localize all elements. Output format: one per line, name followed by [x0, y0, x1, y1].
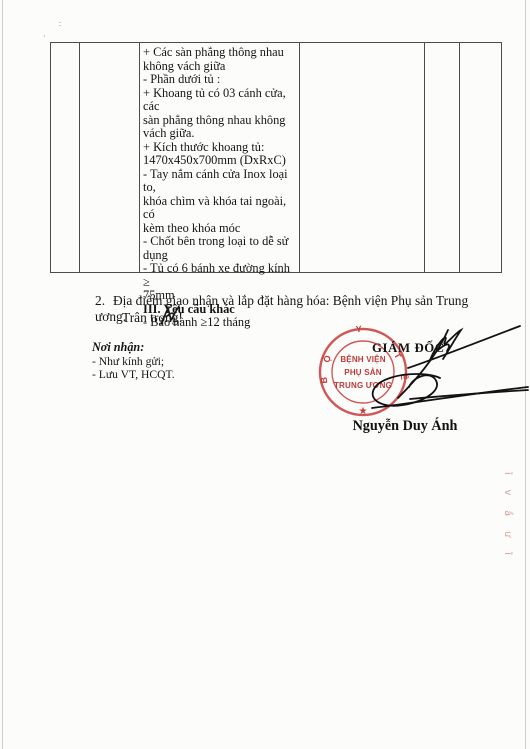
scanned-document-page: : · + Các sàn phẳng thông nhau không vác…: [0, 0, 530, 749]
spec-table: + Các sàn phẳng thông nhau không vách gi…: [50, 42, 502, 273]
red-ink-bleedthrough: ĩ v ầ ư ĩ: [502, 472, 513, 572]
list-number: 2.: [95, 293, 113, 309]
recipient-item: - Như kính gửi;: [92, 355, 175, 369]
recipients-block: Nơi nhận: - Như kính gửi; - Lưu VT, HCQT…: [92, 341, 175, 382]
table-column-divider: [459, 43, 460, 272]
recipients-heading: Nơi nhận:: [92, 341, 175, 355]
recipient-item: - Lưu VT, HCQT.: [92, 368, 175, 382]
handwritten-signature: [355, 315, 530, 415]
scan-speck: ·: [43, 33, 46, 41]
table-column-divider: [79, 43, 80, 272]
scan-speck: :: [59, 20, 61, 28]
table-column-divider: [139, 43, 140, 272]
signer-name: Nguyễn Duy Ánh: [340, 418, 470, 435]
table-column-divider: [424, 43, 425, 272]
spec-lines: + Các sàn phẳng thông nhau không vách gi…: [143, 46, 296, 303]
spec-description-cell: + Các sàn phẳng thông nhau không vách gi…: [143, 46, 296, 330]
scan-edge-left: [2, 0, 3, 749]
table-column-divider: [299, 43, 300, 272]
handwritten-tick-mark: [158, 303, 188, 331]
